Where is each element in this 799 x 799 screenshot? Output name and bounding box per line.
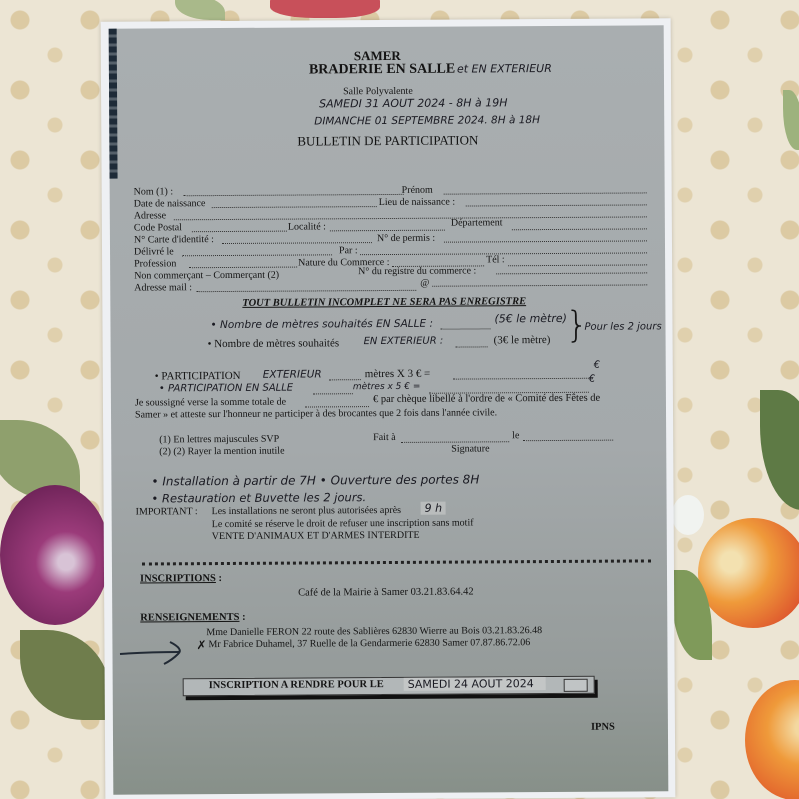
renseignements-heading: RENSEIGNEMENTS : — [140, 612, 245, 624]
adresse-field[interactable] — [174, 207, 647, 220]
participation-outdoor-label: • PARTICIPATION — [155, 370, 241, 383]
plum-decoration — [0, 485, 110, 625]
form-row-mail[interactable]: Adresse mail : @ — [134, 279, 647, 294]
lieu-naissance-label: Lieu de naissance : — [379, 197, 455, 208]
form-title: BULLETIN DE PARTICIPATION — [297, 132, 478, 149]
contact-2: Mr Fabrice Duhamel, 37 Ruelle de la Gend… — [208, 637, 530, 650]
par-label: Par : — [339, 245, 358, 256]
code-postal-field[interactable] — [192, 222, 287, 233]
arrow-icon — [118, 640, 193, 670]
mail-label: Adresse mail : — [134, 282, 192, 293]
incomplete-warning: TOUT BULLETIN INCOMPLET NE SERA PAS ENRE… — [242, 296, 526, 309]
date-sunday: DIMANCHE 01 SEPTEMBRE 2024. 8H à 18H — [314, 114, 540, 127]
declaration-line2: Samer » et atteste sur l'honneur ne part… — [135, 407, 497, 420]
date-naissance-field[interactable] — [212, 197, 377, 208]
permis-label: N° de permis : — [377, 233, 435, 244]
prenom-field[interactable] — [444, 183, 647, 194]
divider-stars — [142, 559, 651, 569]
profession-field[interactable] — [189, 258, 297, 269]
lieu-naissance-field[interactable] — [466, 195, 647, 206]
le-label: le — [512, 430, 519, 441]
brace-note: Pour les 2 jours — [584, 321, 661, 332]
mail-field-user[interactable] — [196, 281, 416, 292]
important-time: 9 h — [421, 502, 447, 515]
footer-ipns: IPNS — [591, 722, 615, 733]
nom-field[interactable] — [184, 185, 404, 196]
participation-outdoor-total-field[interactable] — [453, 369, 593, 380]
total-amount-field[interactable] — [305, 397, 369, 407]
prenom-label: Prénom — [402, 185, 433, 196]
signature-label: Signature — [451, 443, 489, 454]
important-line1: Les installations ne seront plus autoris… — [212, 505, 401, 517]
participation-indoor-currency: € — [589, 374, 595, 385]
date-naissance-label: Date de naissance — [134, 198, 206, 209]
participation-indoor-label: • PARTICIPATION EN SALLE — [159, 383, 293, 395]
permis-field[interactable] — [444, 231, 647, 242]
venue: Salle Polyvalente — [343, 86, 413, 97]
inscriptions-heading: INSCRIPTIONS : — [140, 573, 222, 585]
binding-edge — [109, 29, 118, 179]
deadline-handwritten: SAMEDI 24 AOUT 2024 — [404, 677, 546, 691]
inscriptions-place: Café de la Mairie à Samer 03.21.83.64.42 — [298, 586, 474, 598]
meters-outdoor-label: • Nombre de mètres souhaités — [208, 337, 340, 350]
footnote-2: (2) (2) Rayer la mention inutile — [159, 446, 284, 458]
important-line3: VENTE D'ANIMAUX ET D'ARMES INTERDITE — [212, 530, 420, 542]
deadline-checkbox[interactable] — [564, 679, 588, 692]
contact-2-marker: ✗ — [196, 638, 206, 652]
date-saturday: SAMEDI 31 AOUT 2024 - 8H à 19H — [319, 96, 507, 110]
meters-outdoor-handwritten: EN EXTERIEUR : — [364, 336, 444, 347]
localite-label: Localité : — [288, 221, 326, 232]
participation-form: SAMER BRADERIE EN SALLE et EN EXTERIEUR … — [109, 25, 669, 794]
localite-field[interactable] — [330, 221, 445, 232]
footnote-1: (1) En lettres majuscules SVP — [159, 434, 279, 446]
delivre-field[interactable] — [182, 245, 332, 256]
contact-1: Mme Danielle FERON 22 route des Sablière… — [206, 625, 542, 638]
departement-label: Département — [451, 217, 503, 228]
carte-identite-label: N° Carte d'identité : — [134, 234, 214, 245]
event-title: BRADERIE EN SALLE — [309, 62, 455, 79]
registre-commerce-field[interactable] — [496, 263, 647, 274]
apricot-decoration — [698, 518, 799, 628]
participation-outdoor-meters-field[interactable] — [329, 370, 361, 380]
event-title-handwritten: et EN EXTERIEUR — [457, 62, 552, 76]
commercant-label: Non commerçant – Commerçant (2) — [134, 270, 279, 282]
mail-field-domain[interactable] — [432, 275, 647, 286]
participation-indoor-formula: mètres x 5 € = — [353, 382, 421, 392]
participation-outdoor-currency: € — [594, 360, 600, 371]
food-note: • Restauration et Buvette les 2 jours. — [151, 490, 366, 505]
important-label: IMPORTANT : — [136, 506, 198, 517]
fait-a-label: Fait à — [373, 432, 396, 443]
strawberry-decoration — [270, 0, 380, 18]
delivre-label: Délivré le — [134, 246, 174, 257]
date-field[interactable] — [523, 431, 613, 442]
meters-indoor-field[interactable] — [440, 319, 490, 329]
adresse-label: Adresse — [134, 210, 166, 221]
registre-commerce-label: N° du registre du commerce : — [358, 265, 476, 277]
important-line2: Le comité se réserve le droit de refuser… — [212, 517, 474, 530]
meters-outdoor-field[interactable] — [456, 337, 488, 347]
profession-label: Profession — [134, 258, 176, 269]
code-postal-label: Code Postal — [134, 222, 182, 233]
inscriptions-heading-text: INSCRIPTIONS — [140, 573, 216, 584]
meters-outdoor-price: (3€ le mètre) — [494, 334, 551, 346]
declaration-line1a: Je soussigné verse la somme totale de — [135, 397, 286, 409]
nom-label: Nom (1) : — [134, 186, 174, 197]
meters-indoor-label: • Nombre de mètres souhaités EN SALLE : — [210, 318, 433, 331]
flower-bud-decoration — [672, 495, 704, 535]
deadline-box: INSCRIPTION A RENDRE POUR LE SAMEDI 24 A… — [183, 676, 595, 697]
declaration-line1b: € par chèque libellé à l'ordre de « Comi… — [373, 393, 600, 405]
install-note: • Installation à partir de 7H • Ouvertur… — [151, 472, 479, 488]
participation-outdoor-formula: mètres X 3 € = — [365, 368, 431, 380]
departement-field[interactable] — [512, 219, 647, 230]
at-sign: @ — [420, 278, 429, 289]
carte-identite-field[interactable] — [222, 233, 372, 244]
participation-outdoor-handwritten: EXTERIEUR — [263, 368, 322, 380]
deadline-printed: INSCRIPTION A RENDRE POUR LE — [209, 679, 384, 691]
renseignements-heading-text: RENSEIGNEMENTS — [140, 612, 239, 624]
meters-indoor-price: (5€ le mètre) — [494, 312, 567, 325]
fait-a-field[interactable] — [401, 432, 509, 443]
participation-indoor-meters-field[interactable] — [313, 384, 353, 394]
